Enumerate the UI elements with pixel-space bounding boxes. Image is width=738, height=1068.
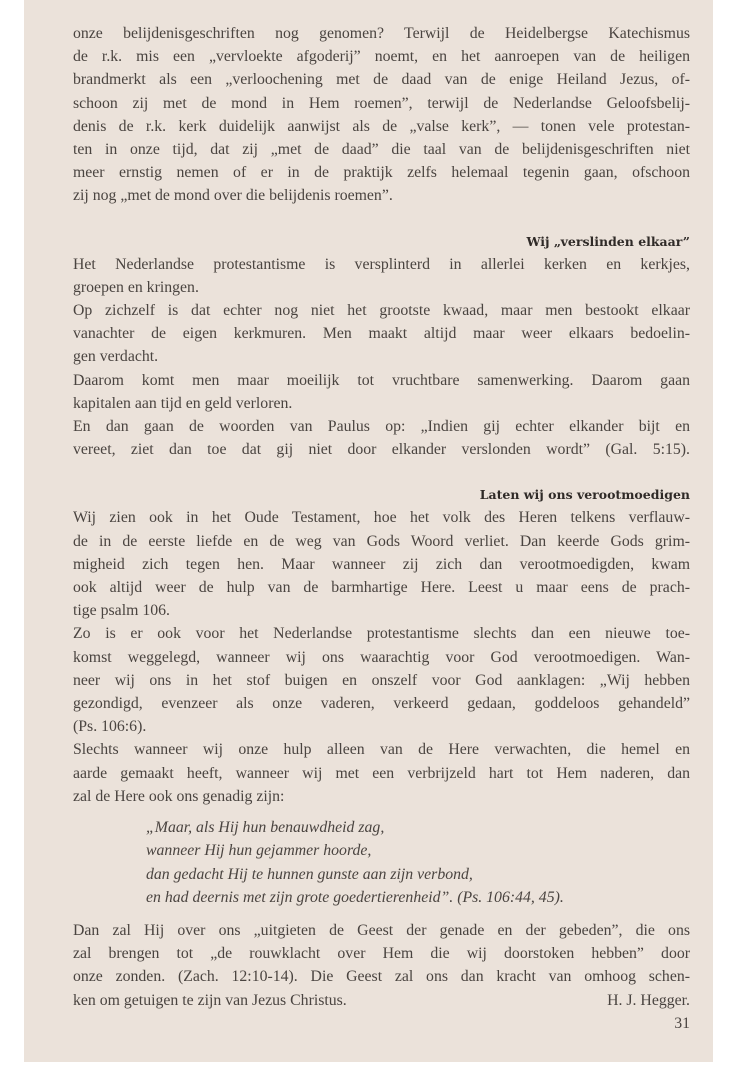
- text-line: Slechts wanneer wij onze hulp alleen van…: [73, 738, 690, 761]
- text-line: zij nog „met de mond over die belijdenis…: [73, 184, 690, 207]
- section-verslinden: Het Nederlandse protestantisme is verspl…: [73, 253, 690, 462]
- text-line: vereet, ziet dan toe dat gij niet door e…: [73, 438, 690, 461]
- text-line: En dan gaan de woorden van Paulus op: „I…: [73, 415, 690, 438]
- text-line: (Ps. 106:6).: [73, 715, 690, 738]
- text-line: Daarom komt men maar moeilijk tot vrucht…: [73, 369, 690, 392]
- quote-line: wanneer Hij hun gejammer hoorde,: [146, 839, 690, 862]
- text-line: Wij zien ook in het Oude Testament, hoe …: [73, 506, 690, 529]
- text-line: ten in onze tijd, dat zij „met de daad” …: [73, 138, 690, 161]
- text-line: tige psalm 106.: [73, 599, 690, 622]
- text-line: onze zonden. (Zach. 12:10-14). Die Geest…: [73, 965, 690, 988]
- quote-line: en had deernis met zijn grote goedertier…: [146, 886, 690, 909]
- intro-paragraph: onze belijdenisgeschriften nog genomen? …: [73, 22, 690, 208]
- text-line: meer ernstig nemen of er in de praktijk …: [73, 161, 690, 184]
- text-line: Op zichzelf is dat echter nog niet het g…: [73, 299, 690, 322]
- quote-line: dan gedacht Hij te hunnen gunste aan zij…: [146, 863, 690, 886]
- author-signature: H. J. Hegger.: [607, 989, 690, 1012]
- signature-line: ken om getuigen te zijn van Jezus Christ…: [73, 989, 690, 1012]
- text-line: Het Nederlandse protestantisme is verspl…: [73, 253, 690, 276]
- text-line: kapitalen aan tijd en geld verloren.: [73, 392, 690, 415]
- section-verootmoedigen: Wij zien ook in het Oude Testament, hoe …: [73, 506, 690, 1011]
- quote-line: „Maar, als Hij hun benauwdheid zag,: [146, 816, 690, 839]
- document-page: onze belijdenisgeschriften nog genomen? …: [24, 0, 713, 1062]
- text-line: aarde gemaakt heeft, wanneer wij met een…: [73, 762, 690, 785]
- text-line: zal de Here ook ons genadig zijn:: [73, 785, 690, 808]
- text-line: de r.k. mis een „vervloekte afgoderij” n…: [73, 45, 690, 68]
- text-line: neer wij ons in het stof buigen en onsze…: [73, 669, 690, 692]
- page-text: onze belijdenisgeschriften nog genomen? …: [73, 22, 690, 1035]
- text-line: schoon zij met de mond in Hem roemen”, t…: [73, 92, 690, 115]
- text-line: komst weggelegd, wanneer wij ons waarach…: [73, 646, 690, 669]
- text-line: ken om getuigen te zijn van Jezus Christ…: [73, 989, 347, 1012]
- text-line: Dan zal Hij over ons „uitgieten de Geest…: [73, 919, 690, 942]
- section-heading-verootmoedigen: Laten wij ons verootmoedigen: [73, 483, 690, 506]
- text-line: de in de eerste liefde en de weg van God…: [73, 530, 690, 553]
- text-line: groepen en kringen.: [73, 276, 690, 299]
- text-line: gezondigd, evenzeer als onze vaderen, ve…: [73, 692, 690, 715]
- text-line: onze belijdenisgeschriften nog genomen? …: [73, 22, 690, 45]
- section-heading-verslinden: Wij „verslinden elkaar”: [73, 230, 690, 253]
- text-line: gen verdacht.: [73, 345, 690, 368]
- text-line: migheid zich tegen hen. Maar wanneer zij…: [73, 553, 690, 576]
- text-line: vanachter de eigen kerkmuren. Men maakt …: [73, 322, 690, 345]
- text-line: denis de r.k. kerk duidelijk aanwijst al…: [73, 115, 690, 138]
- page-number: 31: [73, 1012, 690, 1035]
- text-line: zal brengen tot „de rouwklacht over Hem …: [73, 942, 690, 965]
- text-line: brandmerkt als een „verloochening met de…: [73, 68, 690, 91]
- psalm-quote: „Maar, als Hij hun benauwdheid zag, wann…: [73, 816, 690, 909]
- closing-paragraph: Dan zal Hij over ons „uitgieten de Geest…: [73, 919, 690, 1012]
- text-line: Zo is er ook voor het Nederlandse protes…: [73, 622, 690, 645]
- text-line: ook altijd weer de hulp van de barmharti…: [73, 576, 690, 599]
